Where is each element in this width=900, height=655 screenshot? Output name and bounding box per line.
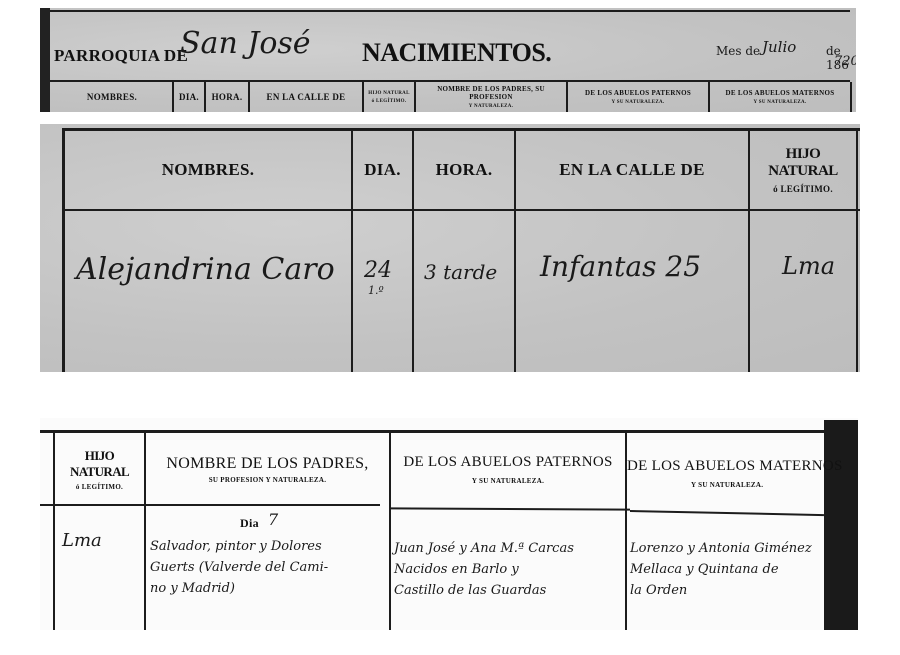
parroquia-label: PARROQUIA DE <box>54 46 188 66</box>
column-header: DE LOS ABUELOS MATERNOSY SU NATURALEZA. <box>710 82 852 112</box>
column-header-sub: Y SU NATURALEZA. <box>753 100 806 105</box>
column-header-label: NOMBRES. <box>87 92 137 102</box>
header-divider <box>65 209 860 211</box>
column-header: HIJO NATURALó LEGÍTIMO. <box>364 82 416 112</box>
register-header-strip: PARROQUIA DE San José NACIMIENTOS. Mes d… <box>40 8 856 112</box>
value-hora: 3 tarde <box>424 260 497 284</box>
column-header: EN LA CALLE DE <box>250 82 364 112</box>
column-header: HORA. <box>206 82 250 112</box>
handwritten-line: Castillo de las Guardas <box>394 580 624 601</box>
mes-label: Mes de <box>716 44 760 58</box>
handwritten-line: Salvador, pintor y Dolores <box>150 536 386 557</box>
handwritten-line: Guerts (Valverde del Cami- <box>150 557 386 578</box>
value-calle: Infantas 25 <box>540 250 701 283</box>
header-divider <box>630 510 824 516</box>
header-dia: DIA. <box>353 130 412 209</box>
header-hijo-sub: ó LEGÍTIMO. <box>773 184 833 194</box>
binding-edge <box>824 420 858 630</box>
header-paternos: DE LOS ABUELOS PATERNOS Y SU NATURALEZA. <box>391 434 625 504</box>
mes-value: Julio <box>762 38 796 56</box>
folio-number: 720 <box>834 54 856 69</box>
column-header-label: HORA. <box>212 92 243 102</box>
binding-edge <box>40 8 50 112</box>
value-nombres: Alejandrina Caro <box>76 252 335 287</box>
column-header-label: HIJO NATURAL <box>368 91 409 96</box>
header-maternos-sub: Y SU NATURALEZA. <box>691 481 763 489</box>
handwritten-line: no y Madrid) <box>150 578 386 599</box>
dia-label: Dia <box>240 516 259 531</box>
header-hijo-label: HIJO NATURAL <box>750 146 856 180</box>
top-rule <box>50 10 850 12</box>
dia-value: 7 <box>268 510 278 529</box>
column-header-sub: Y SU NATURALEZA. <box>611 100 664 105</box>
header-calle: EN LA CALLE DE <box>516 130 748 209</box>
header-padres-label: NOMBRE DE LOS PADRES, <box>166 455 368 473</box>
value-dia-note: 1.º <box>368 284 384 297</box>
column-header-label: EN LA CALLE DE <box>267 92 346 102</box>
column-header: DE LOS ABUELOS PATERNOSY SU NATURALEZA. <box>568 82 710 112</box>
header-hijo: HIJO NATURAL ó LEGÍTIMO. <box>55 434 144 504</box>
value-maternos: Lorenzo y Antonia GiménezMellaca y Quint… <box>630 538 820 601</box>
column-header-label: NOMBRE DE LOS PADRES, SU PROFESION <box>416 85 566 101</box>
header-paternos-label: DE LOS ABUELOS PATERNOS <box>403 454 612 471</box>
right-border <box>856 130 858 372</box>
value-hijo: Lma <box>62 530 102 551</box>
handwritten-line: la Orden <box>630 580 820 601</box>
column-header: NOMBRE DE LOS PADRES, SU PROFESIONY NATU… <box>416 82 568 112</box>
value-padres: Salvador, pintor y DoloresGuerts (Valver… <box>150 536 386 599</box>
column-header: NOMBRES. <box>52 82 174 112</box>
header-padres: NOMBRE DE LOS PADRES, SU PROFESION Y NAT… <box>146 434 389 504</box>
handwritten-line: Mellaca y Quintana de <box>630 559 820 580</box>
header-padres-sub: SU PROFESION Y NATURALEZA. <box>209 476 327 484</box>
header-hijo-sub: ó LEGÍTIMO. <box>76 483 123 491</box>
header-hijo-label: HIJO NATURAL <box>55 448 144 480</box>
header-maternos-label: DE LOS ABUELOS MATERNOS <box>627 458 843 475</box>
header-nombres: NOMBRES. <box>65 130 351 209</box>
parroquia-value: San José <box>180 26 311 61</box>
header-paternos-sub: Y SU NATURALEZA. <box>472 477 544 485</box>
value-hijo: Lma <box>782 252 835 280</box>
header-hora: HORA. <box>414 130 514 209</box>
value-paternos: Juan José y Ana M.ª CarcasNacidos en Bar… <box>394 538 624 601</box>
header-divider <box>40 504 380 506</box>
column-header-label: DIA. <box>179 92 199 102</box>
document-title: NACIMIENTOS. <box>362 38 551 68</box>
register-entry-part-2: HIJO NATURAL ó LEGÍTIMO. NOMBRE DE LOS P… <box>40 418 858 630</box>
column-header-label: DE LOS ABUELOS MATERNOS <box>726 89 835 97</box>
header-divider <box>390 507 630 510</box>
register-entry-part-1: NOMBRES. DIA. HORA. EN LA CALLE DE HIJO … <box>40 124 860 372</box>
column-header-label: DE LOS ABUELOS PATERNOS <box>585 89 691 97</box>
value-dia: 24 <box>364 258 392 283</box>
header-hijo: HIJO NATURAL ó LEGÍTIMO. <box>750 130 856 209</box>
column-header-sub: ó LEGÍTIMO. <box>372 99 407 104</box>
column-header: DIA. <box>174 82 206 112</box>
header-maternos: DE LOS ABUELOS MATERNOS Y SU NATURALEZA. <box>627 438 827 508</box>
top-border <box>40 430 824 433</box>
handwritten-line: Nacidos en Barlo y <box>394 559 624 580</box>
column-header-sub: Y NATURALEZA. <box>469 104 513 109</box>
handwritten-line: Juan José y Ana M.ª Carcas <box>394 538 624 559</box>
handwritten-line: Lorenzo y Antonia Giménez <box>630 538 820 559</box>
